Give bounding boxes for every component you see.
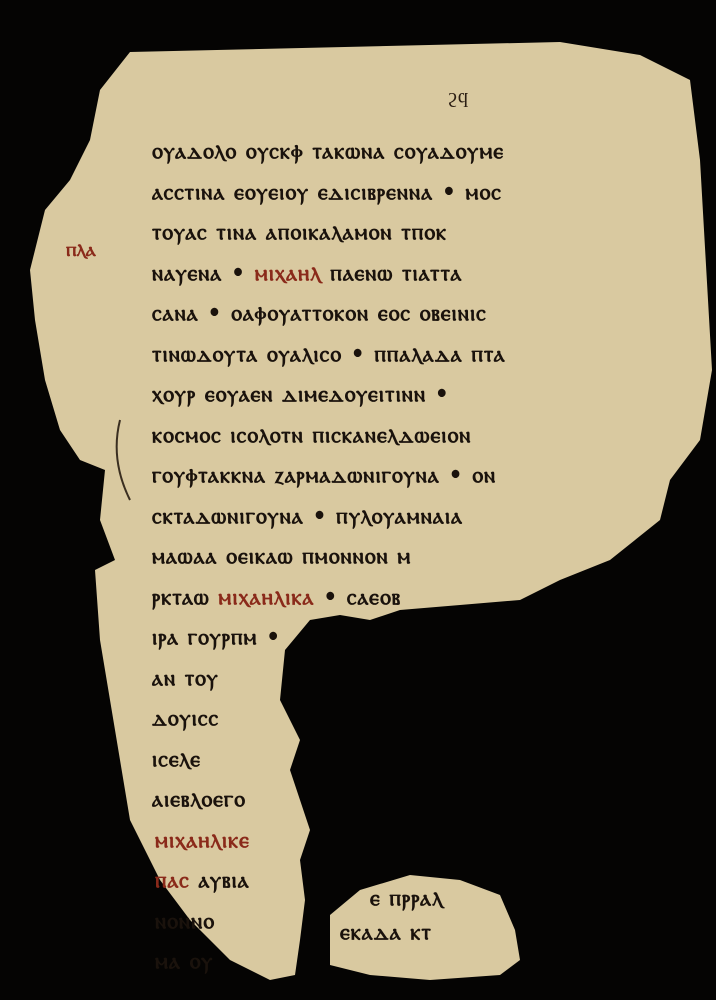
ink-text: ⲇⲟⲩⲓⲥⲥ [152, 704, 219, 731]
ink-text: ⲁⲛ ⲧⲟⲩ [152, 664, 219, 691]
margin-note: ⲡⲗⲁ [66, 237, 96, 261]
ink-text: • ⲥⲁⲉⲟⲃ [315, 583, 402, 610]
text-line: ⲓⲥⲉⲗⲉ [152, 745, 201, 772]
text-line: ⲅⲟⲩⲫⲧⲁⲕⲕⲛⲁ ⲍⲁⲣⲙⲁⲇⲱⲛⲓⲅⲟⲩⲛⲁ • ⲟⲛ [152, 461, 496, 488]
ink-text: ⲅⲟⲩⲫⲧⲁⲕⲕⲛⲁ ⲍⲁⲣⲙⲁⲇⲱⲛⲓⲅⲟⲩⲛⲁ • ⲟⲛ [152, 461, 496, 488]
text-line: ⲣⲕⲧⲁⲱ ⲙⲓⲭⲁⲏⲗⲓⲕⲁ • ⲥⲁⲉⲟⲃ [152, 583, 401, 610]
text-line: ⲁⲓⲉⲃⲗⲟⲉⲅⲟ [152, 785, 246, 812]
text-line: ⲉ ⲡⲣⲣⲁⲗ [370, 884, 443, 911]
text-line: ⲧⲓⲛⲱⲇⲟⲩⲧⲁ ⲟⲩⲁⲗⲓⲥⲟ • ⲡⲡⲁⲗⲁⲇⲁ ⲡⲧⲁ [152, 340, 506, 367]
ink-text: ⲉⲕⲁⲇⲁ ⲕⲧ [340, 918, 432, 945]
ink-text: ⲥⲕⲧⲁⲇⲱⲛⲓⲅⲟⲩⲛⲁ • ⲡⲩⲗⲟⲩⲁⲙⲛⲁⲓⲁ [152, 502, 463, 529]
text-line: ⲛⲟⲛⲛⲟ [155, 907, 215, 934]
manuscript-text: ϩϥ ⲡⲗⲁ ⲟⲩⲁⲇⲟⲗⲟ ⲟⲩⲥⲕⲫ ⲧⲁⲕⲱⲛⲁ ⲥⲟⲩⲁⲇⲟⲩⲙⲉⲁⲥⲥ… [0, 0, 716, 1000]
rubric-text: ⲡⲁⲥ [155, 866, 190, 893]
ink-text: ⲁⲥⲥⲧⲓⲛⲁ ⲉⲟⲩⲉⲓⲟⲩ ⲉⲇⲓⲥⲓⲃⲣⲉⲛⲛⲁ • ⲙⲟⲥ [152, 178, 502, 205]
ink-text: ⲛⲁⲩⲉⲛⲁ • [152, 259, 255, 286]
text-line: ⲇⲟⲩⲓⲥⲥ [152, 704, 219, 731]
text-line: ⲙⲁⲱⲁⲁ ⲟⲉⲓⲕⲁⲱ ⲡⲙⲟⲛⲛⲟⲛ ⲙ [152, 542, 411, 569]
ink-text: ⲕⲟⲥⲙⲟⲥ ⲓⲥⲟⲗⲟⲧⲛ ⲡⲓⲥⲕⲁⲛⲉⲗⲇⲱⲉⲓⲟⲛ [152, 421, 471, 448]
ink-text: ⲧⲓⲛⲱⲇⲟⲩⲧⲁ ⲟⲩⲁⲗⲓⲥⲟ • ⲡⲡⲁⲗⲁⲇⲁ ⲡⲧⲁ [152, 340, 506, 367]
text-line: ⲉⲕⲁⲇⲁ ⲕⲧ [340, 918, 432, 945]
text-line: ⲭⲟⲩⲣ ⲉⲟⲩⲁⲉⲛ ⲇⲓⲙⲉⲇⲟⲩⲉⲓⲧⲓⲛⲛ • [152, 380, 450, 407]
ink-text: ⲟⲩⲁⲇⲟⲗⲟ ⲟⲩⲥⲕⲫ ⲧⲁⲕⲱⲛⲁ ⲥⲟⲩⲁⲇⲟⲩⲙⲉ [152, 137, 504, 164]
ink-text: ⲙⲁⲱⲁⲁ ⲟⲉⲓⲕⲁⲱ ⲡⲙⲟⲛⲛⲟⲛ ⲙ [152, 542, 411, 569]
ink-text: ⲓⲥⲉⲗⲉ [152, 745, 201, 772]
text-line: ⲟⲩⲁⲇⲟⲗⲟ ⲟⲩⲥⲕⲫ ⲧⲁⲕⲱⲛⲁ ⲥⲟⲩⲁⲇⲟⲩⲙⲉ [152, 137, 504, 164]
ink-text: ⲭⲟⲩⲣ ⲉⲟⲩⲁⲉⲛ ⲇⲓⲙⲉⲇⲟⲩⲉⲓⲧⲓⲛⲛ • [152, 380, 450, 407]
ink-text: ⲛⲟⲛⲛⲟ [155, 907, 215, 934]
ink-text: ⲧⲟⲩⲁⲥ ⲧⲓⲛⲁ ⲁⲡⲟⲓⲕⲁⲗⲁⲙⲟⲛ ⲧⲡⲟⲕ [152, 218, 447, 245]
ink-text: ⲥⲁⲛⲁ • ⲟⲁⲫⲟⲩⲁⲧⲧⲟⲕⲟⲛ ⲉⲟⲥ ⲟⲃⲉⲓⲛⲓⲥ [152, 299, 487, 326]
ink-text: ⲁⲓⲉⲃⲗⲟⲉⲅⲟ [152, 785, 246, 812]
text-line: ⲧⲟⲩⲁⲥ ⲧⲓⲛⲁ ⲁⲡⲟⲓⲕⲁⲗⲁⲙⲟⲛ ⲧⲡⲟⲕ [152, 218, 447, 245]
ink-text: ⲙⲁ ⲟⲩ [155, 947, 213, 974]
ink-text: ⲡⲁⲉⲛⲱ ⲧⲓⲁⲧⲧⲁ [322, 259, 463, 286]
text-line: ⲛⲁⲩⲉⲛⲁ • ⲙⲓⲭⲁⲏⲗ ⲡⲁⲉⲛⲱ ⲧⲓⲁⲧⲧⲁ [152, 259, 462, 286]
rubric-text: ⲙⲓⲭⲁⲏⲗⲓⲕⲁ [218, 583, 314, 610]
text-line: ⲁⲥⲥⲧⲓⲛⲁ ⲉⲟⲩⲉⲓⲟⲩ ⲉⲇⲓⲥⲓⲃⲣⲉⲛⲛⲁ • ⲙⲟⲥ [152, 178, 502, 205]
text-line: ⲙⲓⲭⲁⲏⲗⲓⲕⲉ [155, 826, 250, 853]
ink-text: ⲣⲕⲧⲁⲱ [152, 583, 218, 610]
ink-text: ⲓⲣⲁ ⲅⲟⲩⲣⲡⲙ • [152, 623, 281, 650]
text-line: ⲕⲟⲥⲙⲟⲥ ⲓⲥⲟⲗⲟⲧⲛ ⲡⲓⲥⲕⲁⲛⲉⲗⲇⲱⲉⲓⲟⲛ [152, 421, 471, 448]
text-line: ⲙⲁ ⲟⲩ [155, 947, 213, 974]
rubric-text: ⲙⲓⲭⲁⲏⲗⲓⲕⲉ [155, 826, 250, 853]
ink-text: ⲉ ⲡⲣⲣⲁⲗ [370, 884, 443, 911]
text-line: ⲥⲕⲧⲁⲇⲱⲛⲓⲅⲟⲩⲛⲁ • ⲡⲩⲗⲟⲩⲁⲙⲛⲁⲓⲁ [152, 502, 463, 529]
rubric-text: ⲙⲓⲭⲁⲏⲗ [255, 259, 322, 286]
page-number: ϩϥ [447, 88, 468, 113]
text-line: ⲁⲛ ⲧⲟⲩ [152, 664, 219, 691]
ink-text: ⲁⲩⲃⲓⲁ [190, 866, 250, 893]
text-line: ⲓⲣⲁ ⲅⲟⲩⲣⲡⲙ • [152, 623, 281, 650]
text-line: ⲡⲁⲥ ⲁⲩⲃⲓⲁ [155, 866, 250, 893]
text-line: ⲥⲁⲛⲁ • ⲟⲁⲫⲟⲩⲁⲧⲧⲟⲕⲟⲛ ⲉⲟⲥ ⲟⲃⲉⲓⲛⲓⲥ [152, 299, 487, 326]
